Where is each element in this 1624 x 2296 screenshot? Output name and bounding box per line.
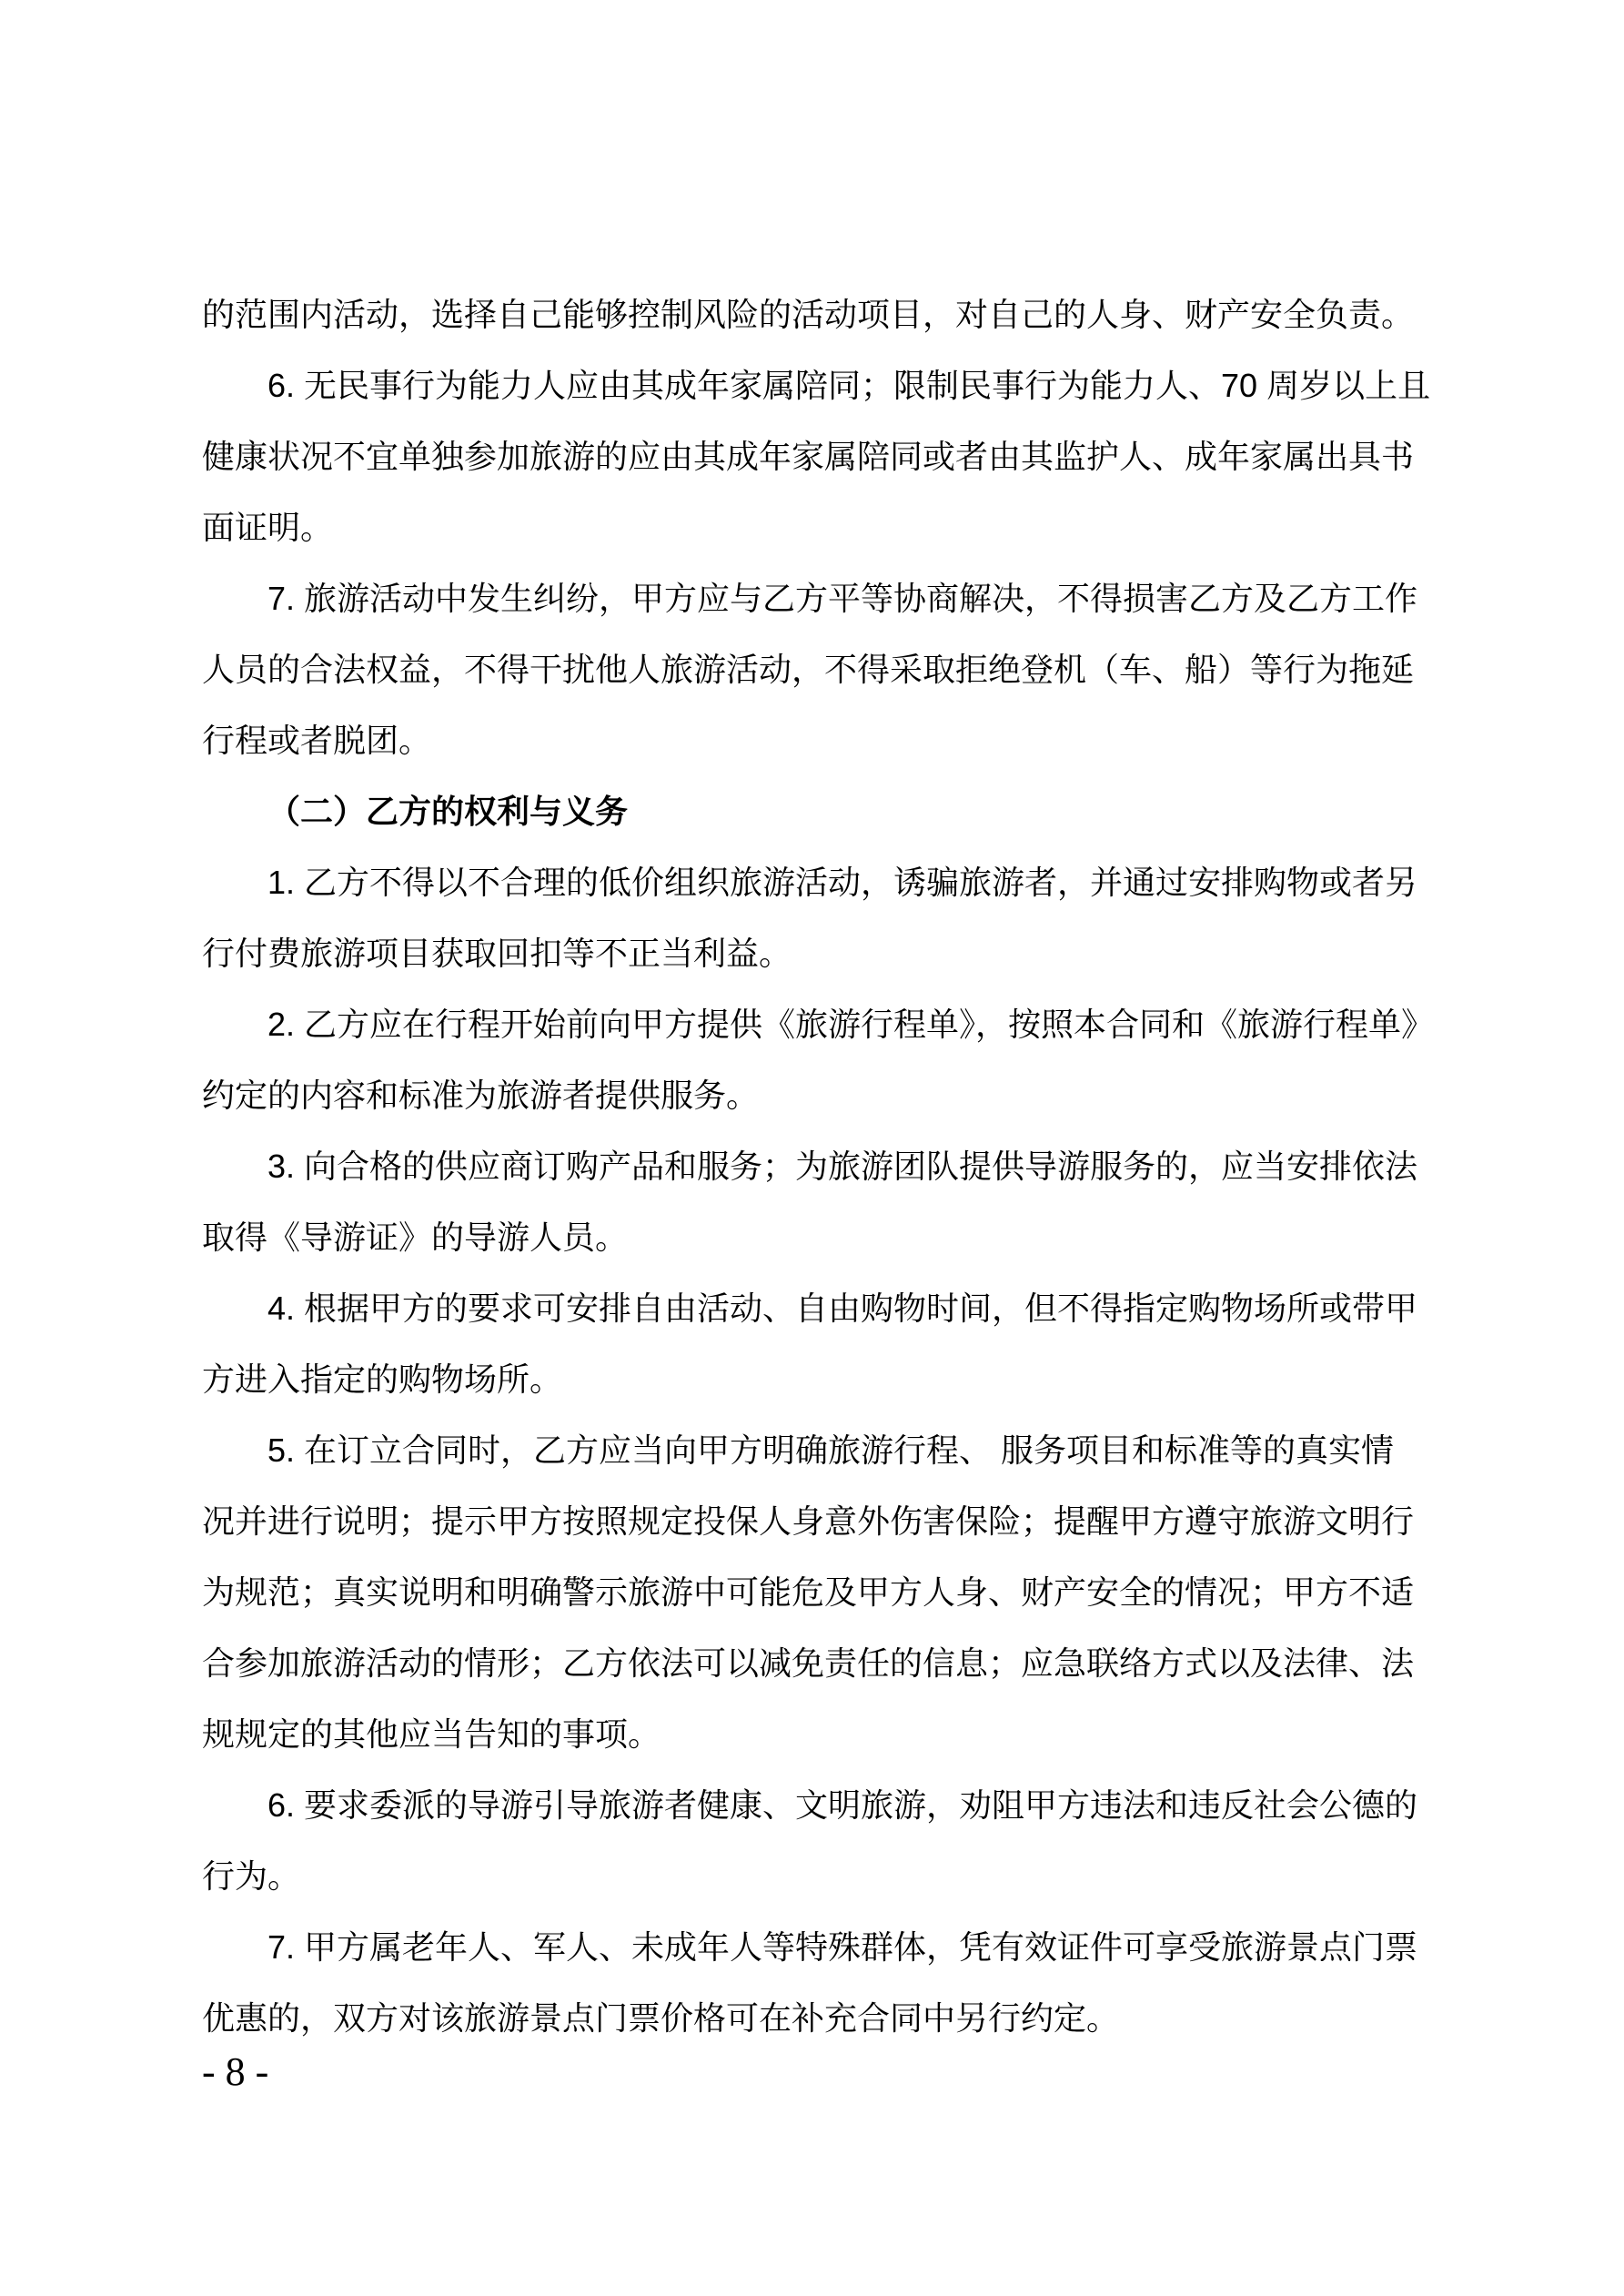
text-line: 面证明。	[202, 492, 1427, 563]
text-line: 3. 向合格的供应商订购产品和服务；为旅游团队提供导游服务的，应当安排依法	[202, 1131, 1427, 1202]
text-line: 人员的合法权益，不得干扰他人旅游活动，不得采取拒绝登机（车、船）等行为拖延	[202, 634, 1427, 705]
text-line: 1. 乙方不得以不合理的低价组织旅游活动，诱骗旅游者，并通过安排购物或者另	[202, 847, 1427, 918]
text-line: 7. 甲方属老年人、军人、未成年人等特殊群体，凭有效证件可享受旅游景点门票	[202, 1912, 1427, 1983]
text-line: 6. 要求委派的导游引导旅游者健康、文明旅游，劝阻甲方违法和违反社会公德的	[202, 1770, 1427, 1841]
text-line: 行为。	[202, 1841, 1427, 1912]
text-line: 取得《导游证》的导游人员。	[202, 1202, 1427, 1273]
text-line: 2. 乙方应在行程开始前向甲方提供《旅游行程单》，按照本合同和《旅游行程单》	[202, 989, 1427, 1060]
text-line: 6. 无民事行为能力人应由其成年家属陪同；限制民事行为能力人、70 周岁以上且	[202, 350, 1427, 421]
text-line: 行程或者脱团。	[202, 705, 1427, 776]
text-line: 约定的内容和标准为旅游者提供服务。	[202, 1060, 1427, 1131]
section-heading: （二）乙方的权利与义务	[202, 776, 1427, 847]
text-line: 4. 根据甲方的要求可安排自由活动、自由购物时间，但不得指定购物场所或带甲	[202, 1273, 1427, 1344]
contract-page-body: 的范围内活动，选择自己能够控制风险的活动项目，对自己的人身、财产安全负责。 6.…	[202, 279, 1427, 2054]
text-line: 行付费旅游项目获取回扣等不正当利益。	[202, 918, 1427, 989]
text-line: 况并进行说明；提示甲方按照规定投保人身意外伤害保险；提醒甲方遵守旅游文明行	[202, 1486, 1427, 1557]
text-line: 合参加旅游活动的情形；乙方依法可以减免责任的信息；应急联络方式以及法律、法	[202, 1628, 1427, 1699]
text-line: 的范围内活动，选择自己能够控制风险的活动项目，对自己的人身、财产安全负责。	[202, 279, 1427, 350]
text-line: 5. 在订立合同时，乙方应当向甲方明确旅游行程、 服务项目和标准等的真实情	[202, 1415, 1427, 1486]
text-line: 优惠的，双方对该旅游景点门票价格可在补充合同中另行约定。	[202, 1983, 1427, 2054]
text-line: 规规定的其他应当告知的事项。	[202, 1699, 1427, 1770]
text-line: 方进入指定的购物场所。	[202, 1344, 1427, 1415]
text-line: 为规范；真实说明和明确警示旅游中可能危及甲方人身、财产安全的情况；甲方不适	[202, 1557, 1427, 1628]
page-number: - 8 -	[202, 2044, 268, 2100]
text-line: 7. 旅游活动中发生纠纷，甲方应与乙方平等协商解决，不得损害乙方及乙方工作	[202, 563, 1427, 634]
text-line: 健康状况不宜单独参加旅游的应由其成年家属陪同或者由其监护人、成年家属出具书	[202, 421, 1427, 492]
